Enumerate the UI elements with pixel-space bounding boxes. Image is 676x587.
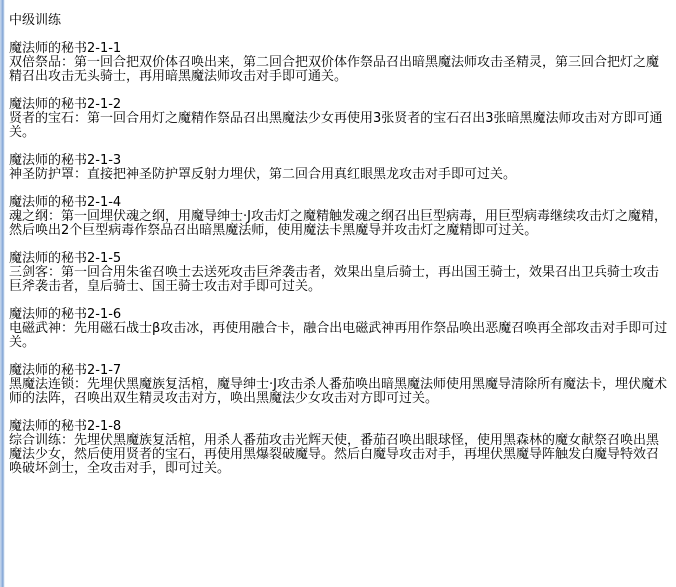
section-2-1-5: 魔法师的秘书2-1-5 三剑客：第一回合用朱雀召唤士去送死攻击巨斧袭击者，效果出… [9, 252, 669, 294]
document-window: 中级训练 魔法师的秘书2-1-1 双倍祭品：第一回合把双价体召唤出来，第二回合把… [0, 0, 676, 587]
section-heading: 魔法师的秘书2-1-1 [9, 42, 669, 56]
section-2-1-8: 魔法师的秘书2-1-8 综合训练：先埋伏黑魔族复活棺，用杀人番茄攻击光辉天使，番… [9, 420, 669, 476]
section-2-1-2: 魔法师的秘书2-1-2 贤者的宝石：第一回合用灯之魔精作祭品召出黑魔法少女再使用… [9, 98, 669, 140]
section-heading: 魔法师的秘书2-1-4 [9, 196, 669, 210]
section-heading: 魔法师的秘书2-1-5 [9, 252, 669, 266]
section-heading: 魔法师的秘书2-1-7 [9, 364, 669, 378]
section-2-1-3: 魔法师的秘书2-1-3 神圣防护罩：直接把神圣防护罩反射力埋伏，第二回合用真红眼… [9, 154, 669, 182]
section-body: 黑魔法连锁：先埋伏黑魔族复活棺，魔导绅士·J攻击杀人番茄唤出暗黑魔法师使用黑魔导… [9, 378, 669, 406]
section-heading: 魔法师的秘书2-1-6 [9, 308, 669, 322]
section-2-1-4: 魔法师的秘书2-1-4 魂之纲：第一回埋伏魂之纲，用魔导绅士·J攻击灯之魔精触发… [9, 196, 669, 238]
section-body: 魂之纲：第一回埋伏魂之纲，用魔导绅士·J攻击灯之魔精触发魂之纲召出巨型病毒，用巨… [9, 210, 669, 238]
section-body: 综合训练：先埋伏黑魔族复活棺，用杀人番茄攻击光辉天使，番茄召唤出眼球怪，使用黑森… [9, 434, 669, 476]
section-2-1-6: 魔法师的秘书2-1-6 电磁武神：先用磁石战士β攻击冰，再使用融合卡，融合出电磁… [9, 308, 669, 350]
window-left-border [0, 0, 5, 587]
section-2-1-1: 魔法师的秘书2-1-1 双倍祭品：第一回合把双价体召唤出来，第二回合把双价体作祭… [9, 42, 669, 84]
section-body: 神圣防护罩：直接把神圣防护罩反射力埋伏，第二回合用真红眼黑龙攻击对手即可过关。 [9, 168, 669, 182]
section-body: 三剑客：第一回合用朱雀召唤士去送死攻击巨斧袭击者，效果出皇后骑士，再出国王骑士，… [9, 266, 669, 294]
section-body: 电磁武神：先用磁石战士β攻击冰，再使用融合卡，融合出电磁武神再用作祭品唤出恶魔召… [9, 322, 669, 350]
section-body: 双倍祭品：第一回合把双价体召唤出来，第二回合把双价体作祭品召出暗黑魔法师攻击圣精… [9, 56, 669, 84]
section-body: 贤者的宝石：第一回合用灯之魔精作祭品召出黑魔法少女再使用3张贤者的宝石召出3张暗… [9, 112, 669, 140]
section-heading: 魔法师的秘书2-1-3 [9, 154, 669, 168]
section-2-1-7: 魔法师的秘书2-1-7 黑魔法连锁：先埋伏黑魔族复活棺，魔导绅士·J攻击杀人番茄… [9, 364, 669, 406]
document-body[interactable]: 中级训练 魔法师的秘书2-1-1 双倍祭品：第一回合把双价体召唤出来，第二回合把… [9, 14, 669, 490]
section-heading: 魔法师的秘书2-1-2 [9, 98, 669, 112]
section-heading: 魔法师的秘书2-1-8 [9, 420, 669, 434]
document-title: 中级训练 [9, 14, 669, 28]
